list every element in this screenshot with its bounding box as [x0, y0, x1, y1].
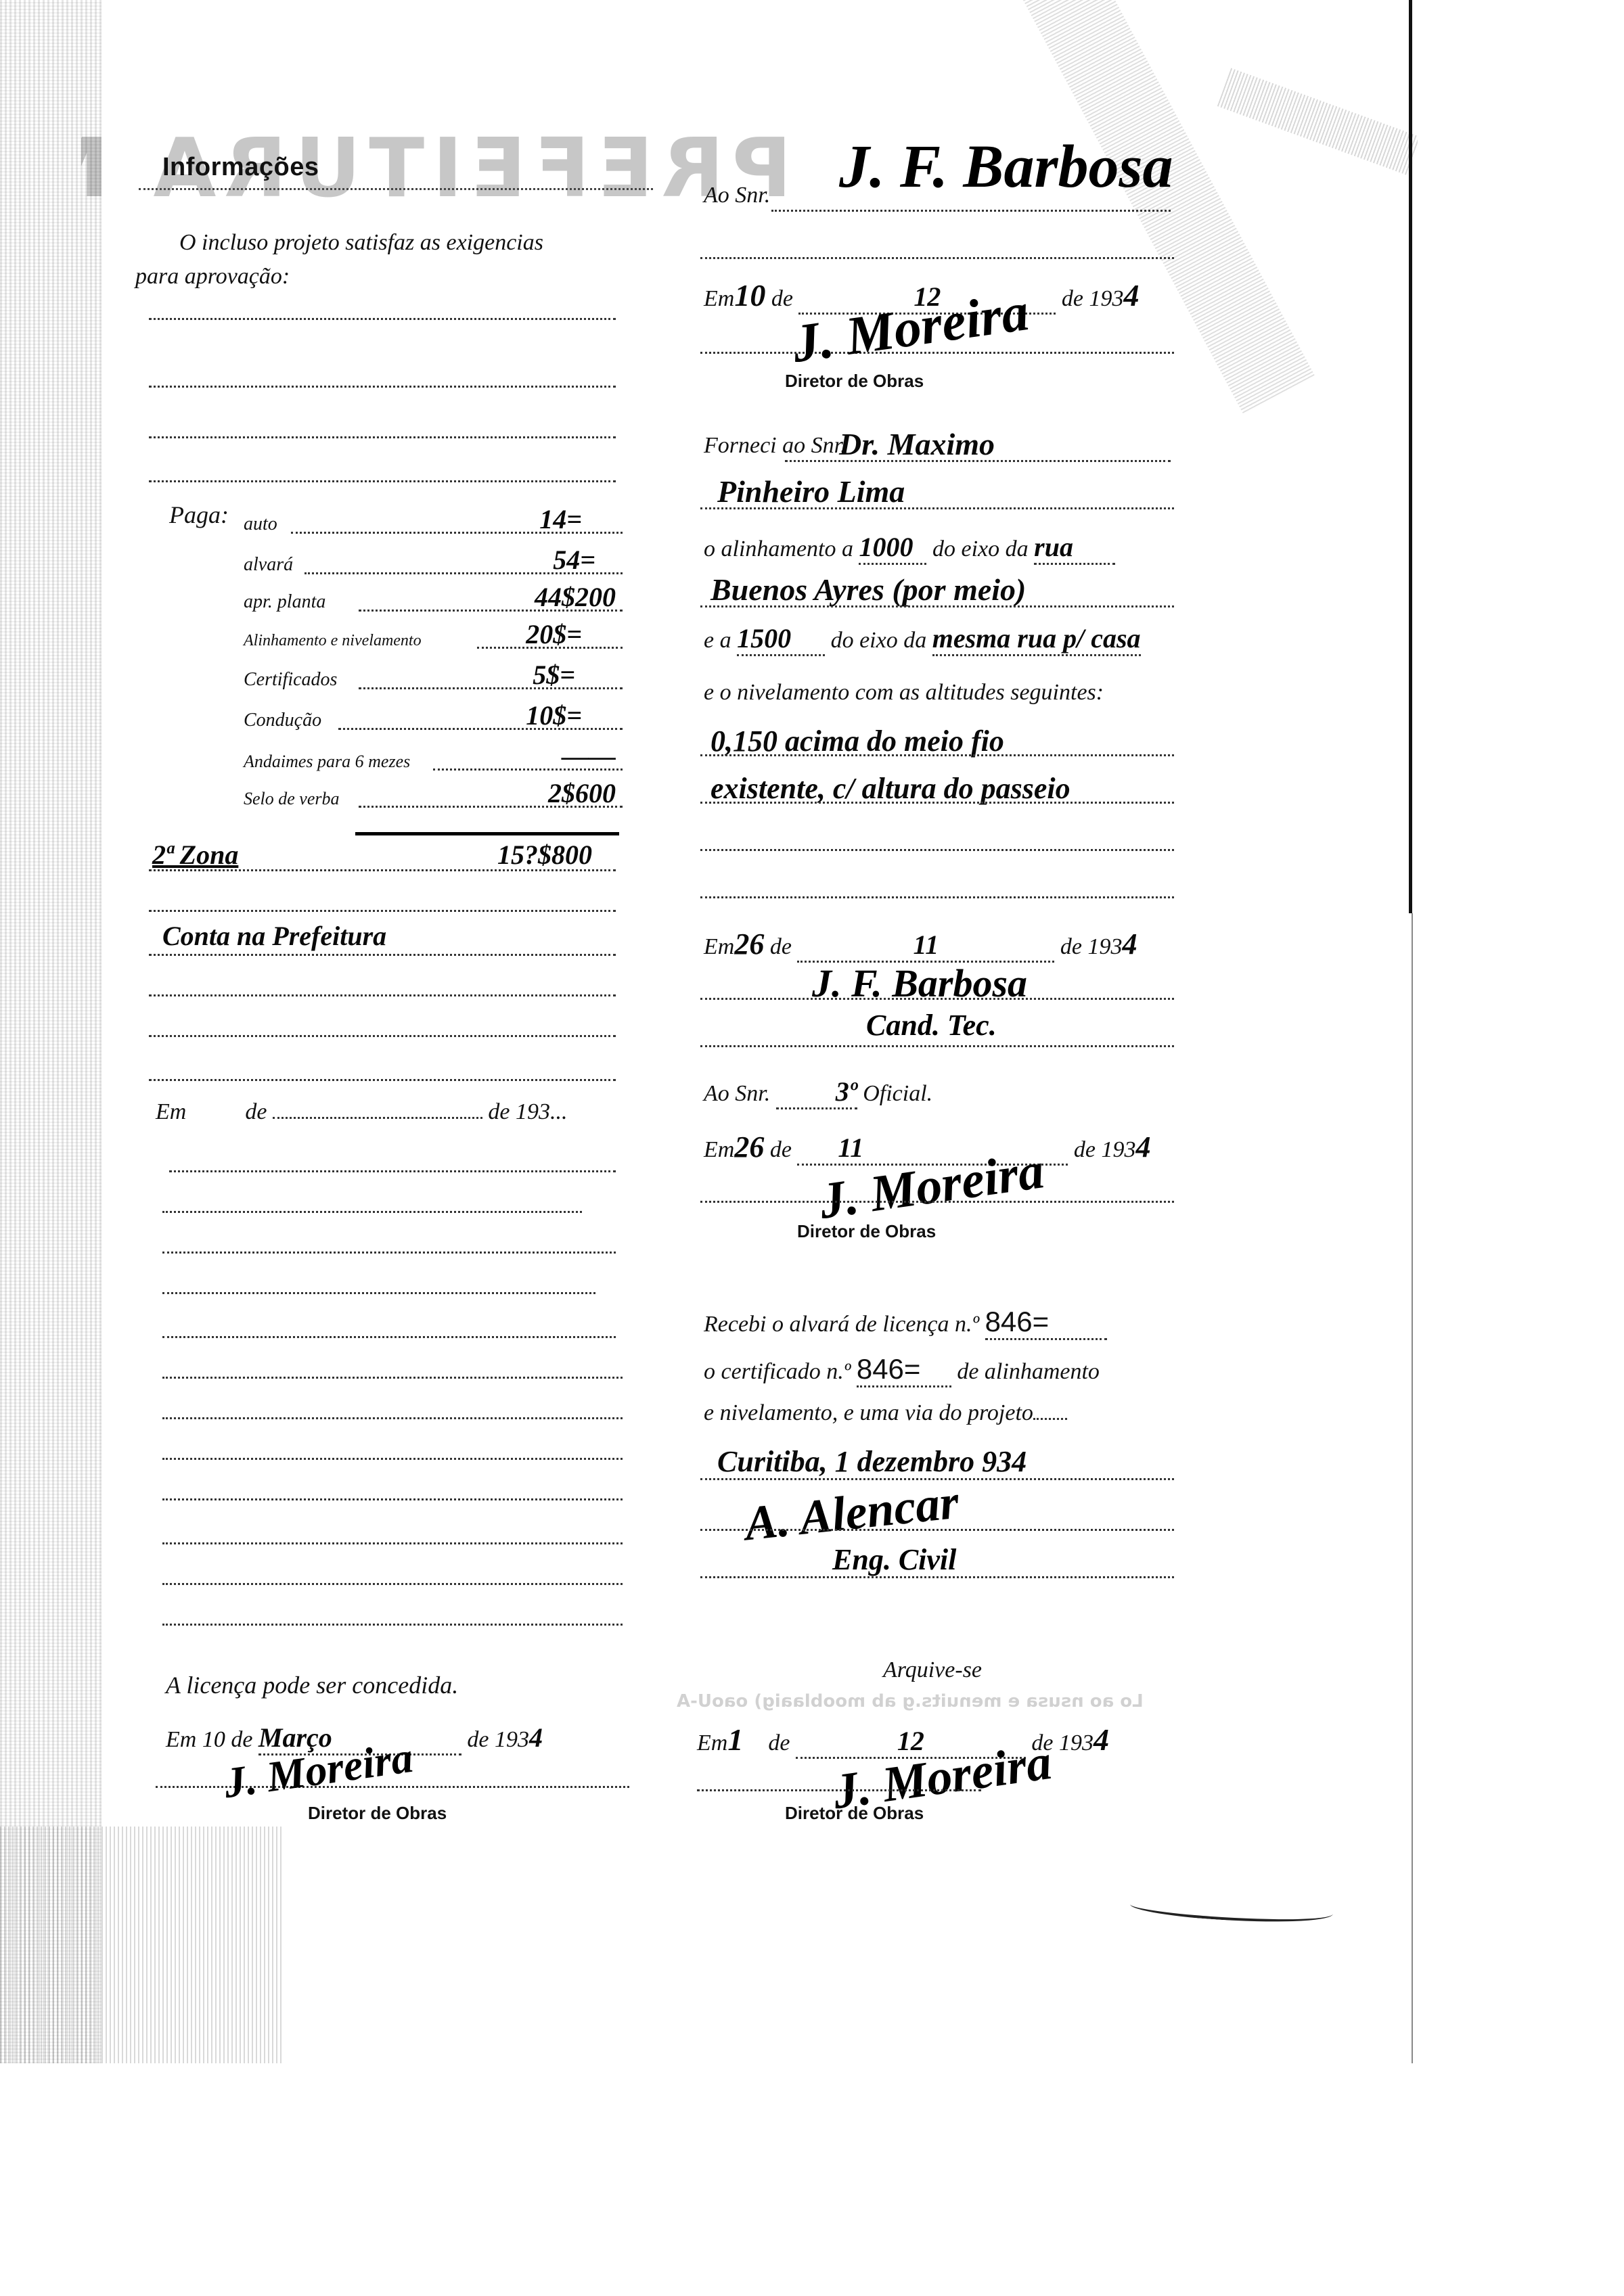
addressee-line: [771, 210, 1171, 212]
signature-line: [697, 1789, 981, 1791]
fee-row-andaimes: Andaimes para 6 mezes ——: [244, 741, 623, 775]
leveling-text: e o nivelamento com as altitudes seguint…: [704, 680, 1104, 706]
date-de: de: [770, 934, 792, 959]
addressee-handwritten: J. F. Barbosa: [839, 132, 1173, 202]
date-de: de: [1060, 934, 1082, 959]
date-de: de: [768, 1730, 790, 1755]
fee-label: Alinhamento e nivelamento: [244, 632, 422, 650]
blank-line: [162, 1211, 582, 1213]
director-title-stamp: Diretor de Obras: [797, 1221, 936, 1242]
fee-value: 20$=: [526, 618, 582, 650]
blank-line: [162, 1336, 616, 1338]
date-year-prefix: 193: [1089, 286, 1124, 311]
alignment2-mid: do eixo da: [831, 628, 927, 653]
date-de: de: [245, 1099, 267, 1124]
blank-line: [700, 802, 1174, 804]
supplied-to-line1: Dr. Maximo: [839, 426, 995, 462]
fee-label: alvará: [244, 554, 293, 576]
fee-value: 14=: [539, 503, 582, 535]
scan-noise-left-margin: [0, 0, 101, 2063]
page-heading: Informações: [162, 153, 319, 182]
alignment-street-2: Buenos Ayres (por meio): [710, 572, 1026, 607]
fee-row-certificados: Certificados 5$=: [244, 660, 623, 693]
fee-value: ——: [562, 740, 616, 772]
certificate-number: 846=: [857, 1353, 951, 1387]
leveling-line2: existente, c/ altura do passeio: [710, 771, 1070, 806]
alignment-value-2: 1500: [737, 622, 825, 656]
page-right-edge: [1409, 0, 1412, 913]
date-year: 193: [516, 1099, 550, 1124]
fee-value: 5$=: [533, 659, 575, 691]
blank-line: [700, 754, 1174, 756]
date-year-suffix: 4: [1136, 1130, 1151, 1164]
to-suffix: Oficial.: [863, 1081, 932, 1106]
date-de: de: [467, 1727, 489, 1752]
fee-label: apr. planta: [244, 591, 325, 613]
handwritten-note: Conta na Prefeitura: [162, 920, 386, 952]
approval-text: A licença pode ser concedida.: [166, 1671, 458, 1699]
supplied-to-line2: Pinheiro Lima: [717, 474, 905, 509]
blank-line: [162, 1377, 623, 1379]
blank-line: [149, 1079, 616, 1081]
blank-line: [169, 1170, 616, 1172]
to-prefix: Ao Snr.: [704, 183, 770, 208]
sum-rule: [355, 832, 619, 835]
scan-noise-bottom-left: [0, 1827, 284, 2063]
scanned-document-page: PREFEITURA MUNICIPAL DE CURITIBA Informa…: [0, 0, 1418, 2063]
blank-line: [149, 994, 616, 996]
fee-value: 54=: [553, 544, 595, 576]
intro-text-line1: O incluso projeto satisfaz as exigencias: [179, 230, 543, 256]
date-prefix: Em: [156, 1099, 186, 1124]
fee-label: auto: [244, 513, 277, 535]
date-prefix: Em: [166, 1727, 196, 1752]
alignment-row: o alinhamento a 1000 do eixo da rua: [704, 531, 1115, 565]
date-de: de: [1074, 1137, 1096, 1162]
blank-line: [149, 436, 616, 438]
certificate-prefix: o certificado n.º: [704, 1359, 851, 1384]
blank-line: [162, 1583, 623, 1585]
director-title-stamp: Diretor de Obras: [785, 1803, 924, 1824]
date-month: 11: [797, 929, 1054, 963]
date-year-suffix: 4: [529, 1722, 543, 1753]
blank-line: [700, 849, 1174, 851]
director-title-stamp: Diretor de Obras: [308, 1803, 447, 1824]
fee-row-apr-planta: apr. planta 44$200: [244, 582, 623, 616]
blank-line: [149, 318, 616, 320]
leveling-line1: 0,150 acima do meio fio: [710, 724, 1004, 758]
date-day: 1: [727, 1722, 743, 1757]
alignment-street-1: rua: [1034, 531, 1115, 565]
date-day: 10: [202, 1727, 225, 1752]
blank-line: [700, 605, 1174, 607]
date-year-prefix: 193: [1102, 1137, 1136, 1162]
date-year-suffix: 4: [1123, 927, 1137, 961]
blank-line: [149, 480, 616, 482]
receipt-row: Recebi o alvará de licença n.º 846=: [704, 1306, 1107, 1340]
fee-value: 2$600: [548, 777, 616, 809]
date-year-prefix: 193: [1059, 1730, 1093, 1755]
to-value: 3º: [776, 1076, 857, 1109]
stray-pen-stroke: [1129, 1891, 1334, 1928]
date-day: 26: [734, 927, 764, 961]
date-de: de: [770, 1137, 792, 1162]
date-de: de: [231, 1727, 252, 1752]
blank-line: [700, 507, 1174, 509]
handwritten-place-date: Curitiba, 1 dezembro 934: [717, 1444, 1027, 1479]
blank-line: [149, 1035, 616, 1037]
project-row: e nivelamento, e uma via do projeto: [704, 1400, 1067, 1426]
date-de: de: [1062, 286, 1083, 311]
alignment2-street: mesma rua p/ casa: [932, 622, 1141, 656]
date-year-prefix: 193: [495, 1727, 529, 1752]
project-text: e nivelamento, e uma via do projeto: [704, 1400, 1033, 1425]
scan-noise-top-right: [1217, 68, 1418, 176]
empty-date-row: Em de de 193...: [156, 1099, 568, 1125]
fees-label: Paga:: [169, 501, 229, 529]
date-prefix: Em: [704, 1137, 734, 1162]
technician-title: Cand. Tec.: [866, 1008, 997, 1042]
fee-row-alvara: alvará 54=: [244, 545, 623, 578]
date-de: de: [771, 286, 793, 311]
zone-label: 2ª Zona: [152, 839, 238, 871]
blank-line: [162, 1252, 616, 1254]
director-title-stamp: Diretor de Obras: [785, 371, 924, 392]
blank-line: [162, 1292, 595, 1294]
fee-value: 10$=: [526, 699, 582, 731]
blank-line: [162, 1417, 623, 1419]
blank-line: [149, 910, 616, 912]
page-right-edge-faint: [1412, 913, 1413, 2063]
archive-text: Arquive-se: [883, 1657, 982, 1683]
to-prefix: Ao Snr.: [704, 1081, 770, 1106]
fee-row-conducao: Condução 10$=: [244, 700, 623, 734]
signature-line: [700, 1529, 1174, 1531]
total-value: 15?$800: [497, 839, 592, 871]
blank-line: [162, 1542, 623, 1544]
date-prefix: Em: [697, 1730, 727, 1755]
block2-date-row: Em26 de 11 de 1934: [704, 927, 1137, 963]
date-year-suffix: 4: [1124, 278, 1140, 313]
date-year-suffix: 4: [1093, 1722, 1109, 1757]
certificate-suffix: de alinhamento: [957, 1359, 1100, 1384]
heading-rule: [139, 188, 653, 190]
alignment-prefix: o alinhamento a: [704, 536, 853, 561]
engineer-signature: A. Alencar: [742, 1474, 962, 1553]
fee-label: Condução: [244, 710, 321, 731]
signature-line: [700, 998, 1174, 1000]
blank-line: [162, 1624, 623, 1626]
blank-line: [785, 460, 1171, 462]
block3-to-row: Ao Snr. 3º Oficial.: [704, 1076, 932, 1109]
engineer-title: Eng. Civil: [832, 1542, 956, 1577]
supplied-prefix: Forneci ao Snr.: [704, 433, 847, 459]
date-prefix: Em: [704, 286, 734, 311]
intro-text-line2: para aprovação:: [135, 264, 290, 290]
blank-line: [700, 257, 1174, 259]
signature-line: [700, 1201, 1174, 1203]
license-number: 846=: [985, 1306, 1107, 1340]
blank-line: [700, 1045, 1174, 1047]
receipt-prefix: Recebi o alvará de licença n.º: [704, 1312, 979, 1337]
fee-row-auto: auto 14=: [244, 504, 623, 538]
alignment2-row: e a 1500 do eixo da mesma rua p/ casa: [704, 622, 1141, 656]
alignment-value-1: 1000: [859, 531, 926, 565]
blank-line: [700, 896, 1174, 898]
date-day: 10: [734, 278, 765, 313]
date-year-prefix: 193: [1088, 934, 1123, 959]
fee-row-alinhamento: Alinhamento e nivelamento 20$=: [244, 619, 623, 653]
dotted-leader: [359, 687, 623, 689]
fee-row-selo-de-verba: Selo de verba 2$600: [244, 778, 623, 812]
alignment-mid: do eixo da: [932, 536, 1029, 561]
fee-label: Andaimes para 6 mezes: [244, 752, 410, 772]
date-day: 26: [734, 1130, 764, 1164]
fee-label: Selo de verba: [244, 789, 340, 809]
blank-line: [149, 386, 616, 388]
blank-line: [700, 1576, 1174, 1578]
certificate-row: o certificado n.º 846= de alinhamento: [704, 1353, 1100, 1387]
date-prefix: Em: [704, 934, 734, 959]
bleed-through-text: Lo ao nsusa e menuits.g ab mooblaaig) oa…: [677, 1691, 1144, 1712]
blank-line: [149, 954, 616, 956]
blank-line: [162, 1458, 623, 1460]
alignment2-prefix: e a: [704, 628, 731, 653]
fee-label: Certificados: [244, 669, 337, 691]
fee-value: 44$200: [535, 581, 616, 613]
blank-line: [149, 869, 616, 871]
blank-line: [162, 1498, 623, 1500]
date-de: de: [488, 1099, 510, 1124]
